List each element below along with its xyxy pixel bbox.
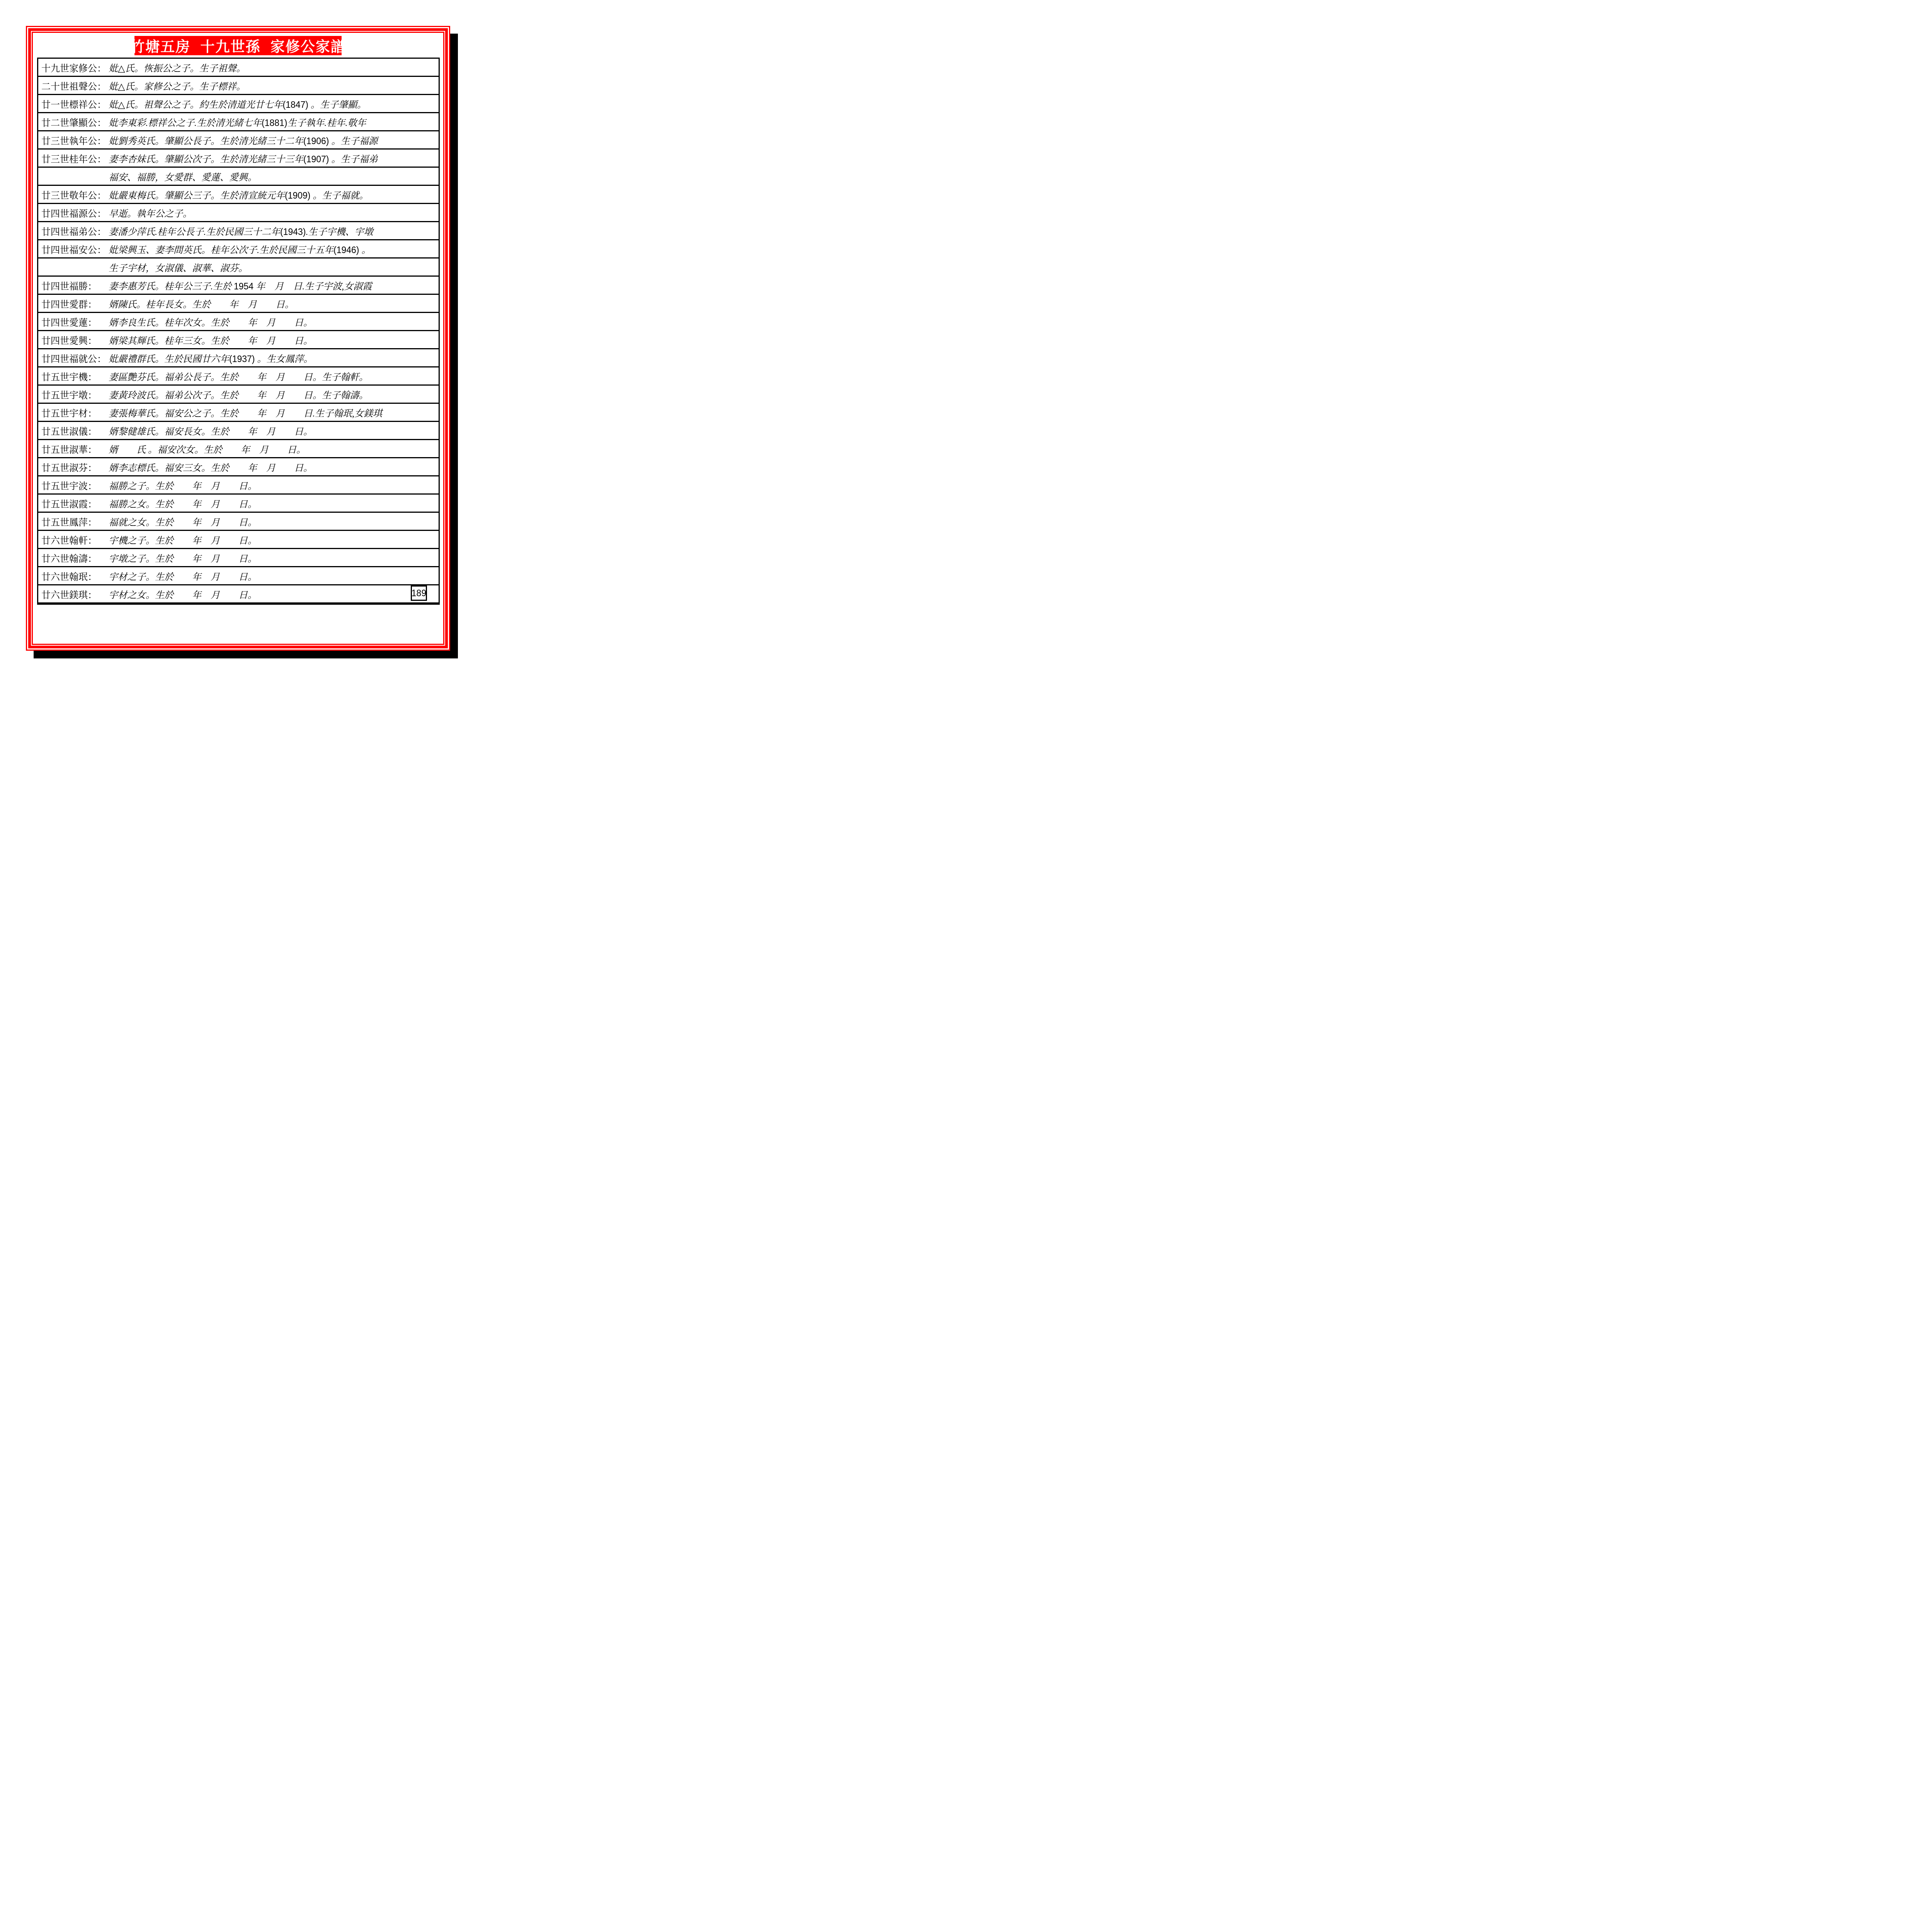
table-row: 廿二世肇顯公： 妣李東彩.標祥公之子.生於清光緒七年(1881)生子執年.桂年.… xyxy=(38,113,439,131)
record-text: 婿黎健雄氏。福安長女。生於 年 月 日。 xyxy=(109,424,439,437)
outer-red-frame: 竹塘五房 十九世孫 家修公家譜 十九世家修公： 妣△氏。恢振公之子。生子祖聲。 … xyxy=(26,26,450,651)
title-banner: 竹塘五房 十九世孫 家修公家譜 xyxy=(134,36,342,55)
generation-name-label: 廿五世淑儀： xyxy=(38,424,109,437)
generation-name-label: 廿四世福安公： xyxy=(38,242,109,256)
record-text: 福安、福勝，女愛群、愛蓮、愛興。 xyxy=(109,170,439,183)
table-row: 廿四世愛蓮： 婿李良生氏。桂年次女。生於 年 月 日。 xyxy=(38,313,439,331)
record-text: 妻張梅華氏。福安公之子。生於 年 月 日.生子翰珉,女鎂琪 xyxy=(109,406,439,419)
record-text: 福就之女。生於 年 月 日。 xyxy=(109,515,439,528)
generation-name-label: 廿二世肇顯公： xyxy=(38,115,109,129)
generation-name-label: 廿六世鎂琪： xyxy=(38,587,109,601)
generation-name-label: 廿四世福就公： xyxy=(38,351,109,365)
record-text: 婿李志標氏。福安三女。生於 年 月 日。 xyxy=(109,460,439,474)
table-row: 廿一世標祥公： 妣△氏。祖聲公之子。約生於清道光廿七年(1847) 。生子肇顯。 xyxy=(38,95,439,113)
record-text: 生子宇材，女淑儀、淑華、淑芬。 xyxy=(109,260,439,274)
page: 竹塘五房 十九世孫 家修公家譜 十九世家修公： 妣△氏。恢振公之子。生子祖聲。 … xyxy=(0,0,479,678)
table-row: 廿三世執年公： 妣劉秀英氏。肇顯公長子。生於清光緒三十二年(1906) 。生子福… xyxy=(38,131,439,150)
record-text: 婿 氏 。福安次女。生於 年 月 日。 xyxy=(109,442,439,456)
generation-name-label: 廿四世福弟公： xyxy=(38,224,109,238)
table-row: 廿四世福安公： 妣梁興玉、妻李間英氏。桂年公次子.生於民國三十五年(1946) … xyxy=(38,240,439,259)
table-row: 廿六世翰濤： 宇墩之子。生於 年 月 日。 xyxy=(38,549,439,567)
generation-name-label: 廿四世愛群： xyxy=(38,297,109,310)
generation-name-label: 廿四世愛蓮： xyxy=(38,315,109,328)
generation-name-label: 廿四世福源公： xyxy=(38,206,109,219)
record-text: 妻李杏妹氏。肇顯公次子。生於清光緒三十三年(1907) 。生子福弟 xyxy=(109,151,439,165)
generation-name-label: 廿六世翰珉： xyxy=(38,569,109,583)
record-text: 妣嚴東梅氏。肇顯公三子。生於清宣統元年(1909) 。生子福就。 xyxy=(109,188,439,201)
record-text: 妣△氏。家修公之子。生子標祥。 xyxy=(109,79,439,92)
generation-name-label: 廿五世宇機： xyxy=(38,369,109,383)
generation-name-label: 廿六世翰濤： xyxy=(38,551,109,565)
record-text: 妣嚴禮群氏。生於民國廿六年(1937) 。生女鳳萍。 xyxy=(109,351,439,365)
generation-name-label: 廿三世敬年公： xyxy=(38,188,109,201)
record-text: 婿李良生氏。桂年次女。生於 年 月 日。 xyxy=(109,315,439,328)
generation-name-label: 廿五世淑霞： xyxy=(38,497,109,510)
record-text: 妣李東彩.標祥公之子.生於清光緒七年(1881)生子執年.桂年.敬年 xyxy=(109,115,439,129)
record-text: 福勝之子。生於 年 月 日。 xyxy=(109,478,439,492)
record-text: 宇機之子。生於 年 月 日。 xyxy=(109,533,439,546)
generation-name-label: 廿三世桂年公： xyxy=(38,151,109,165)
generation-name-label: 廿三世執年公： xyxy=(38,133,109,147)
table-row: 廿四世福勝： 妻李惠芳氏。桂年公三子.生於 1954 年 月 日.生子宇波,女淑… xyxy=(38,277,439,295)
table-row: 廿五世宇機： 妻區艷芬氏。福弟公長子。生於 年 月 日。生子翰軒。 xyxy=(38,367,439,386)
generation-name-label: 十九世家修公： xyxy=(38,61,109,74)
record-text: 妣梁興玉、妻李間英氏。桂年公次子.生於民國三十五年(1946) 。 xyxy=(109,242,439,256)
record-text: 妻李惠芳氏。桂年公三子.生於 1954 年 月 日.生子宇波,女淑霞 xyxy=(109,279,439,292)
table-row: 廿五世淑儀： 婿黎健雄氏。福安長女。生於 年 月 日。 xyxy=(38,422,439,440)
table-row: 廿三世桂年公： 妻李杏妹氏。肇顯公次子。生於清光緒三十三年(1907) 。生子福… xyxy=(38,150,439,168)
page-title: 竹塘五房 十九世孫 家修公家譜 xyxy=(130,35,346,56)
generation-name-label: 廿五世宇材： xyxy=(38,406,109,419)
record-text: 宇墩之子。生於 年 月 日。 xyxy=(109,551,439,565)
generation-name-label: 廿五世宇波： xyxy=(38,478,109,492)
table-row: 廿五世鳳萍： 福就之女。生於 年 月 日。 xyxy=(38,513,439,531)
table-row: 廿五世淑華： 婿 氏 。福安次女。生於 年 月 日。 xyxy=(38,440,439,458)
genealogy-table: 十九世家修公： 妣△氏。恢振公之子。生子祖聲。 二十世祖聲公： 妣△氏。家修公之… xyxy=(37,58,440,605)
record-text: 妣劉秀英氏。肇顯公長子。生於清光緒三十二年(1906) 。生子福源 xyxy=(109,133,439,147)
table-row: 廿五世淑霞： 福勝之女。生於 年 月 日。 xyxy=(38,495,439,513)
record-text: 婿陳氏。桂年長女。生於 年 月 日。 xyxy=(109,297,439,310)
generation-name-label: 廿四世愛興： xyxy=(38,333,109,347)
table-row: 廿四世福源公： 早逝。執年公之子。 xyxy=(38,204,439,222)
record-text: 妻區艷芬氏。福弟公長子。生於 年 月 日。生子翰軒。 xyxy=(109,369,439,383)
table-row: 廿四世愛群： 婿陳氏。桂年長女。生於 年 月 日。 xyxy=(38,295,439,313)
table-row: 廿四世愛興： 婿梁其輝氏。桂年三女。生於 年 月 日。 xyxy=(38,331,439,349)
generation-name-label: 廿五世淑芬： xyxy=(38,460,109,474)
record-text: 妣△氏。祖聲公之子。約生於清道光廿七年(1847) 。生子肇顯。 xyxy=(109,97,439,111)
generation-name-label: 廿四世福勝： xyxy=(38,279,109,292)
record-text: 婿梁其輝氏。桂年三女。生於 年 月 日。 xyxy=(109,333,439,347)
middle-red-frame: 竹塘五房 十九世孫 家修公家譜 十九世家修公： 妣△氏。恢振公之子。生子祖聲。 … xyxy=(28,28,448,648)
record-text: 宇材之女。生於 年 月 日。 xyxy=(109,587,439,601)
page-number: 189 xyxy=(412,588,426,599)
table-row: 廿五世淑芬： 婿李志標氏。福安三女。生於 年 月 日。 xyxy=(38,458,439,476)
record-text: 妣△氏。恢振公之子。生子祖聲。 xyxy=(109,61,439,74)
table-row: 廿六世翰軒： 宇機之子。生於 年 月 日。 xyxy=(38,531,439,549)
inner-red-frame: 竹塘五房 十九世孫 家修公家譜 十九世家修公： 妣△氏。恢振公之子。生子祖聲。 … xyxy=(32,32,444,645)
generation-name-label: 廿五世鳳萍： xyxy=(38,515,109,528)
table-row: 廿三世敬年公： 妣嚴東梅氏。肇顯公三子。生於清宣統元年(1909) 。生子福就。 xyxy=(38,186,439,204)
table-row: 廿四世福弟公： 妻潘少萍氏.桂年公長子.生於民國三十二年(1943).生子宇機、… xyxy=(38,222,439,240)
record-text: 宇材之子。生於 年 月 日。 xyxy=(109,569,439,583)
generation-name-label: 二十世祖聲公： xyxy=(38,79,109,92)
page-number-box: 189 xyxy=(411,585,427,601)
record-text: 妻黃玲波氏。福弟公次子。生於 年 月 日。生子翰濤。 xyxy=(109,388,439,401)
table-row: 廿五世宇墩： 妻黃玲波氏。福弟公次子。生於 年 月 日。生子翰濤。 xyxy=(38,386,439,404)
table-row: 生子宇材，女淑儀、淑華、淑芬。 xyxy=(38,259,439,277)
generation-name-label: 廿五世淑華： xyxy=(38,442,109,456)
record-text: 妻潘少萍氏.桂年公長子.生於民國三十二年(1943).生子宇機、宇墩 xyxy=(109,224,439,238)
generation-name-label: 廿六世翰軒： xyxy=(38,533,109,546)
table-row: 廿五世宇波： 福勝之子。生於 年 月 日。 xyxy=(38,476,439,495)
table-row: 福安、福勝，女愛群、愛蓮、愛興。 xyxy=(38,168,439,186)
table-row: 廿六世翰珉： 宇材之子。生於 年 月 日。 xyxy=(38,567,439,585)
table-row: 十九世家修公： 妣△氏。恢振公之子。生子祖聲。 xyxy=(38,59,439,77)
table-row: 廿四世福就公： 妣嚴禮群氏。生於民國廿六年(1937) 。生女鳳萍。 xyxy=(38,349,439,367)
generation-name-label: 廿五世宇墩： xyxy=(38,388,109,401)
record-text: 福勝之女。生於 年 月 日。 xyxy=(109,497,439,510)
generation-name-label: 廿一世標祥公： xyxy=(38,97,109,111)
table-row: 二十世祖聲公： 妣△氏。家修公之子。生子標祥。 xyxy=(38,77,439,95)
table-row: 廿六世鎂琪： 宇材之女。生於 年 月 日。 xyxy=(38,585,439,604)
record-text: 早逝。執年公之子。 xyxy=(109,206,439,219)
table-row: 廿五世宇材： 妻張梅華氏。福安公之子。生於 年 月 日.生子翰珉,女鎂琪 xyxy=(38,404,439,422)
